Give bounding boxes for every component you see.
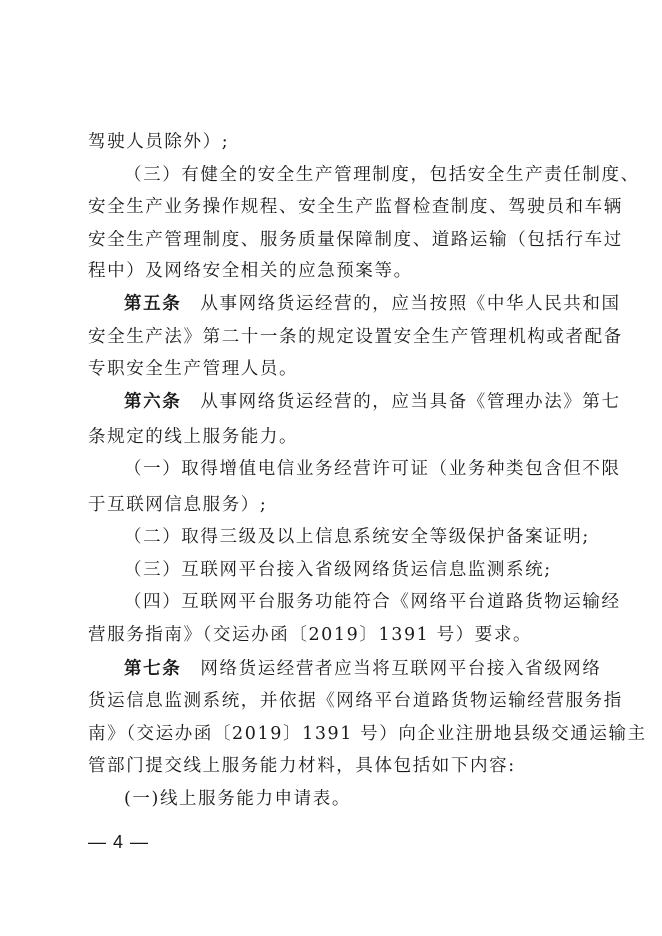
line-text: 条规定的线上服务能力。 [88,427,298,447]
text-line: （二）取得三级及以上信息系统安全等级保护备案证明; [124,526,574,548]
line-text: 驾驶人员除外）; [88,132,229,152]
line-text: 网络货运经营者应当将互联网平台接入省级网络 [181,659,601,679]
document-page: 驾驶人员除外）;（三）有健全的安全生产管理制度，包括安全生产责任制度、安全生产业… [0,0,662,936]
text-line: (一)线上服务能力申请表。 [124,788,574,810]
text-line: 条规定的线上服务能力。 [88,426,574,448]
page-number: — 4 — [88,832,149,853]
text-line: 货运信息监测系统，并依据《网络平台道路货物运输经营服务指 [88,690,574,712]
line-text: 安全生产法》第二十一条的规定设置安全生产管理机构或者配备 [88,327,623,347]
text-line: 于互联网信息服务）; [88,494,574,516]
line-text: 安全生产管理制度、服务质量保障制度、道路运输（包括行车过 [88,230,623,250]
text-line: 安全生产管理制度、服务质量保障制度、道路运输（包括行车过 [88,229,574,251]
line-text: 货运信息监测系统，并依据《网络平台道路货物运输经营服务指 [88,691,623,711]
line-text: 从事网络货运经营的，应当具备《管理办法》第七 [181,392,620,412]
text-line: 营服务指南》（交运办函〔2019〕1391 号）要求。 [88,624,574,646]
article-heading: 第五条 [124,294,181,314]
line-text: 南》（交运办函〔2019〕1391 号）向企业注册地县级交通运输主 [88,724,647,744]
text-line: 驾驶人员除外）; [88,131,574,153]
line-text: 于互联网信息服务）; [88,495,267,515]
text-line: 程中）及网络安全相关的应急预案等。 [88,260,574,282]
line-text: （三）有健全的安全生产管理制度，包括安全生产责任制度、 [124,165,640,185]
line-text: 管部门提交线上服务能力材料，具体包括如下内容: [88,756,516,776]
line-text: （四）互联网平台服务功能符合《网络平台道路货物运输经 [124,592,621,612]
text-line: （四）互联网平台服务功能符合《网络平台道路货物运输经 [124,591,574,613]
line-text: 程中）及网络安全相关的应急预案等。 [88,261,413,281]
article-heading: 第七条 [124,659,181,679]
text-line: 南》（交运办函〔2019〕1391 号）向企业注册地县级交通运输主 [88,723,574,745]
text-line: （三）有健全的安全生产管理制度，包括安全生产责任制度、 [124,164,574,186]
text-line: （三）互联网平台接入省级网络货运信息监测系统; [124,559,574,581]
text-line: 第六条 从事网络货运经营的，应当具备《管理办法》第七 [124,391,574,413]
article-heading: 第六条 [124,392,181,412]
text-line: 管部门提交线上服务能力材料，具体包括如下内容: [88,755,574,777]
line-text: 安全生产业务操作规程、安全生产监督检查制度、驾驶员和车辆 [88,197,623,217]
text-line: 安全生产业务操作规程、安全生产监督检查制度、驾驶员和车辆 [88,196,574,218]
text-line: 第五条 从事网络货运经营的，应当按照《中华人民共和国 [124,293,574,315]
text-line: （一）取得增值电信业务经营许可证（业务种类包含但不限 [124,458,574,480]
text-line: 安全生产法》第二十一条的规定设置安全生产管理机构或者配备 [88,326,574,348]
line-text: 营服务指南》（交运办函〔2019〕1391 号）要求。 [88,625,532,645]
line-text: （三）互联网平台接入省级网络货运信息监测系统; [124,560,552,580]
text-line: 专职安全生产管理人员。 [88,358,574,380]
line-text: 从事网络货运经营的，应当按照《中华人民共和国 [181,294,620,314]
line-text: 专职安全生产管理人员。 [88,359,298,379]
line-text: （一）取得增值电信业务经营许可证（业务种类包含但不限 [124,459,621,479]
line-text: (一)线上服务能力申请表。 [124,789,351,809]
line-text: （二）取得三级及以上信息系统安全等级保护备案证明; [124,527,590,547]
text-line: 第七条 网络货运经营者应当将互联网平台接入省级网络 [124,658,574,680]
